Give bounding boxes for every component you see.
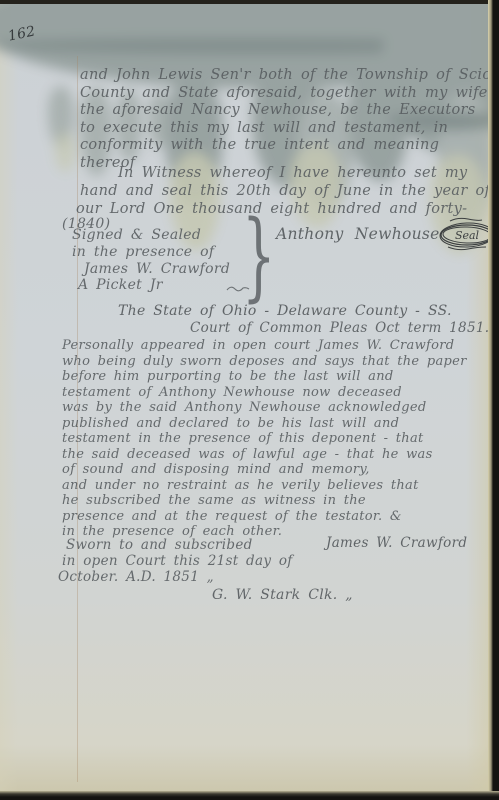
page-number: 162: [7, 23, 37, 44]
manuscript-line: County and State aforesaid, together wit…: [80, 85, 499, 103]
attestation-block: Signed & Sealed in the presence of James…: [72, 227, 230, 294]
manuscript-photo: 162 and John Lewis Sen'r both of the Tow…: [0, 0, 499, 800]
witness-name: James W. Crawford: [84, 261, 230, 278]
manuscript-line: Signed & Sealed: [72, 227, 230, 244]
manuscript-line: before him purporting to be the last wil…: [62, 369, 467, 385]
manuscript-line: presence and at the request of the testa…: [62, 509, 467, 525]
manuscript-line: he subscribed the same as witness in the: [62, 493, 467, 509]
witness-name: A Picket Jr: [78, 277, 230, 294]
will-conclusion-paragraph: and John Lewis Sen'r both of the Townshi…: [80, 67, 499, 173]
manuscript-line: Personally appeared in open court James …: [62, 338, 467, 354]
clerk-signature: G. W. Stark Clk. „: [212, 587, 353, 603]
photo-edge-top: [0, 0, 499, 4]
manuscript-line: and John Lewis Sen'r both of the Townshi…: [80, 67, 499, 85]
sworn-statement-line: in open Court this 21st day of: [62, 553, 293, 569]
testator-signature: Anthony Newhouse: [276, 225, 440, 243]
record-book-page: 162 and John Lewis Sen'r both of the Tow…: [0, 4, 488, 792]
manuscript-line: to execute this my last will and testame…: [80, 120, 499, 138]
probate-body-paragraph: Personally appeared in open court James …: [62, 338, 467, 540]
manuscript-line: published and declared to be his last wi…: [62, 416, 467, 432]
witness-clause-line: In Witness whereof I have hereunto set m…: [118, 165, 467, 181]
witness-signature: James W. Crawford: [326, 535, 467, 551]
manuscript-line: conformity with the true intent and mean…: [80, 137, 499, 155]
witness-clause-line: hand and seal this 20th day of June in t…: [80, 183, 490, 199]
probate-heading: The State of Ohio - Delaware County - SS…: [118, 303, 452, 319]
curly-brace: }: [242, 200, 276, 312]
manuscript-line: in the presence of: [72, 244, 230, 261]
manuscript-line: the said deceased was of lawful age - th…: [62, 447, 467, 463]
probate-subheading: Court of Common Pleas Oct term 1851.: [190, 320, 489, 336]
manuscript-line: testament of Anthony Newhouse now deceas…: [62, 385, 467, 401]
manuscript-line: and under no restraint as he verily beli…: [62, 478, 467, 494]
page-edge-bottom: [0, 791, 499, 800]
manuscript-line: testament in the presence of this depone…: [62, 431, 467, 447]
manuscript-line: the aforesaid Nancy Newhouse, be the Exe…: [80, 102, 499, 120]
manuscript-line: of sound and disposing mind and memory,: [62, 462, 467, 478]
manuscript-line: was by the said Anthony Newhouse acknowl…: [62, 400, 467, 416]
sworn-statement-line: Sworn to and subscribed: [66, 537, 253, 553]
seal-label: Seal: [455, 229, 480, 242]
manuscript-line: who being duly sworn deposes and says th…: [62, 354, 467, 370]
page-edge-right: [488, 0, 499, 800]
sworn-statement-date: October. A.D. 1851 „: [58, 569, 214, 585]
pen-flourish: [226, 284, 250, 294]
